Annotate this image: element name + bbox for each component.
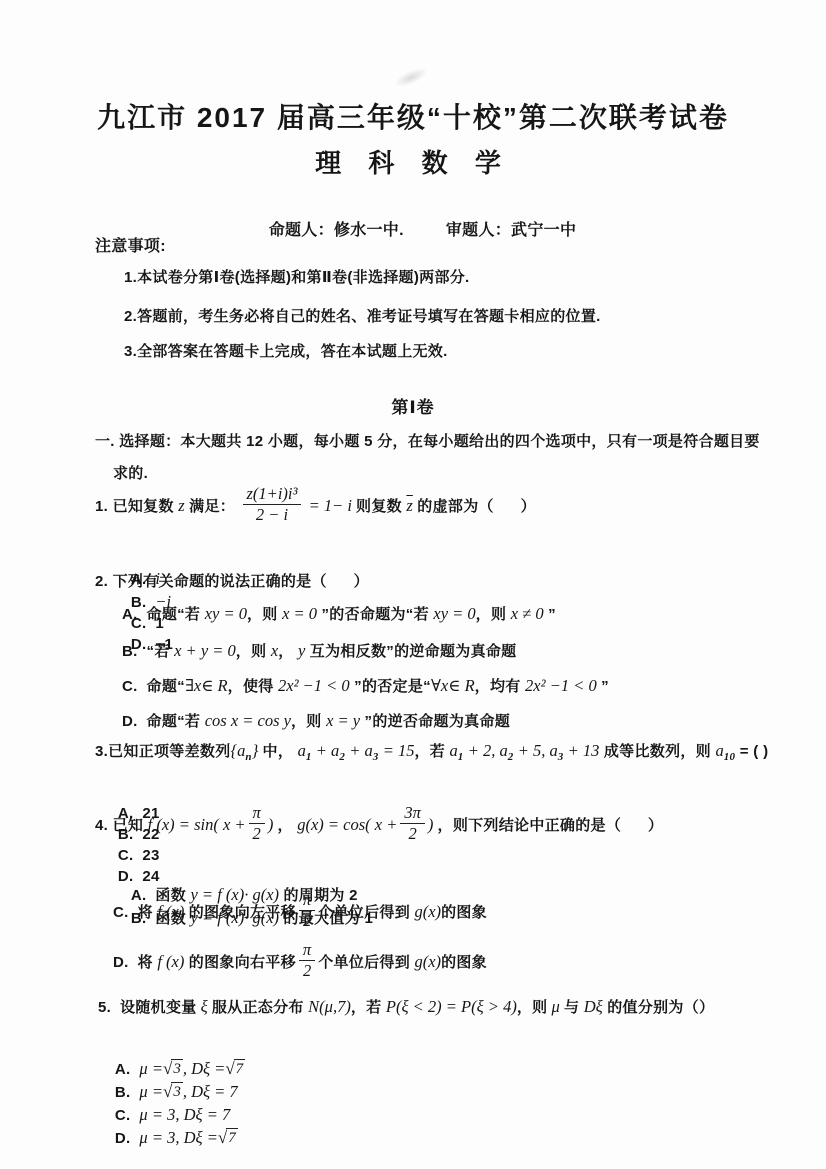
text-segment: B. bbox=[115, 1084, 140, 1101]
text-segment: ，则 bbox=[476, 606, 511, 623]
math-segment: + 13 bbox=[564, 741, 600, 760]
notice-item-2: 2.答题前，考生务必将自己的姓名、准考证号填写在答题卡相应的位置. bbox=[124, 306, 601, 327]
text-segment: D. bbox=[115, 1130, 140, 1147]
notice-heading: 注意事项: bbox=[95, 236, 166, 258]
text-segment: ，若 bbox=[414, 743, 449, 760]
math-segment: + a bbox=[312, 741, 340, 760]
math-segment: x ≠ 0 bbox=[511, 604, 544, 623]
text-segment: C. 命题“ bbox=[122, 678, 185, 695]
text-segment: 中， bbox=[263, 743, 298, 760]
exam-page: 九江市 2017 届高三年级“十校”第二次联考试卷 理 科 数 学 命题人：修水… bbox=[0, 0, 826, 1169]
q5-option-c: C. μ = 3, Dξ = 7 bbox=[115, 1103, 243, 1126]
math-segment: μ = 3, Dξ = bbox=[139, 1128, 217, 1147]
section-title: 第Ⅰ卷 bbox=[0, 396, 826, 420]
math-segment: cos x = cos y bbox=[205, 711, 291, 730]
math-segment: = 1− i bbox=[304, 496, 356, 515]
q5-option-a: A. μ =√3, Dξ =√7 bbox=[115, 1057, 280, 1080]
math-segment: g(x) = cos( x + bbox=[297, 815, 397, 834]
math-segment: } bbox=[252, 741, 263, 760]
math-segment: ) bbox=[428, 815, 438, 834]
text-segment: ”的逆否命题为真命题 bbox=[360, 713, 510, 730]
text-segment: ， bbox=[278, 643, 298, 660]
math-segment: g(x) bbox=[414, 952, 441, 971]
math-segment: + 5, a bbox=[514, 741, 558, 760]
text-segment: 的虚部为（ ） bbox=[413, 498, 536, 515]
math-segment: f (x) bbox=[157, 902, 184, 921]
question-1-stem: 1. 已知复数 z 满足： z(1+i)i³2 − i = 1− i 则复数 z… bbox=[95, 487, 536, 527]
notice-item-1: 1.本试卷分第Ⅰ卷(选择题)和第Ⅱ卷(非选择题)两部分. bbox=[124, 267, 470, 288]
text-segment: D. 命题“若 bbox=[122, 713, 205, 730]
sqrt-expression: √7 bbox=[218, 1128, 238, 1148]
text-segment: 满足： bbox=[185, 498, 240, 515]
text-segment: 个单位后得到 bbox=[318, 954, 414, 971]
q5-option-d: D. μ = 3, Dξ =√7 bbox=[115, 1126, 238, 1149]
math-segment: N(μ,7) bbox=[308, 997, 351, 1016]
math-segment: xy = 0 bbox=[433, 604, 475, 623]
text-segment: 成等比数列，则 bbox=[599, 743, 715, 760]
text-segment: 个单位后得到 bbox=[318, 904, 414, 921]
math-segment: + a bbox=[345, 741, 373, 760]
text-segment: ，若 bbox=[351, 999, 386, 1016]
math-segment: μ = bbox=[139, 1082, 163, 1101]
fraction: π2 bbox=[299, 941, 315, 981]
subject-title: 理 科 数 学 bbox=[0, 145, 826, 181]
math-segment: , Dξ = 7 bbox=[183, 1082, 238, 1101]
math-segment: ξ bbox=[197, 997, 212, 1016]
text-segment: A. 命题“若 bbox=[122, 606, 205, 623]
reviewer-label: 审题人：武宁一中 bbox=[446, 222, 576, 239]
fraction: π2 bbox=[249, 804, 265, 844]
math-segment: x = 0 bbox=[282, 604, 317, 623]
text-segment: D. 将 bbox=[113, 954, 157, 971]
math-segment: ) bbox=[268, 815, 278, 834]
math-segment: x + y = 0 bbox=[174, 641, 236, 660]
text-segment: 的图象 bbox=[441, 954, 487, 971]
text-segment: 则复数 bbox=[356, 498, 406, 515]
question-5-stem: 5. 设随机变量 ξ 服从正态分布 N(μ,7)，若 P(ξ < 2) = P(… bbox=[98, 995, 714, 1018]
text-segment: 4. 已知 bbox=[95, 817, 148, 834]
setter-label: 命题人：修水一中. bbox=[269, 222, 404, 239]
text-segment: C. bbox=[115, 1107, 140, 1124]
math-segment: a bbox=[715, 741, 723, 760]
fraction: 3π2 bbox=[400, 804, 425, 844]
scan-artifact bbox=[392, 64, 430, 91]
q2-option-c: C. 命题“∃x∈ R，使得 2x² −1 < 0 ”的否定是“∀x∈ R，均有… bbox=[122, 674, 609, 697]
text-segment: ”的否命题为“若 bbox=[317, 606, 433, 623]
math-segment: xy = 0 bbox=[205, 604, 247, 623]
text-segment: ”的否定是“ bbox=[350, 678, 431, 695]
notice-item-3: 3.全部答案在答题卡上完成，答在本试题上无效. bbox=[124, 341, 448, 362]
text-segment: C. 将 bbox=[113, 904, 157, 921]
math-segment: P(ξ < 2) = P(ξ > 4) bbox=[386, 997, 517, 1016]
text-segment: A. bbox=[115, 1061, 140, 1078]
math-segment: a bbox=[298, 741, 306, 760]
sqrt-expression: √3 bbox=[163, 1082, 183, 1102]
text-segment: ，则 bbox=[291, 713, 326, 730]
text-segment: = ( ) bbox=[735, 743, 768, 760]
q2-option-b: B. “若 x + y = 0，则 x， y 互为相反数”的逆命题为真命题 bbox=[122, 639, 516, 662]
text-segment: ” bbox=[544, 606, 556, 623]
math-segment: ∀x∈ R bbox=[431, 676, 475, 695]
math-segment: μ = bbox=[139, 1059, 163, 1078]
math-segment: ∃x∈ R bbox=[185, 676, 228, 695]
question-5-options: A. μ =√3, Dξ =√7 B. μ =√3, Dξ = 7 C. μ =… bbox=[97, 1036, 285, 1169]
math-segment: μ = 3, Dξ = 7 bbox=[139, 1105, 230, 1124]
text-segment: ，则下列结论中正确的是（ ） bbox=[438, 817, 664, 834]
math-segment: , Dξ = bbox=[183, 1059, 226, 1078]
text-segment: 服从正态分布 bbox=[212, 999, 308, 1016]
text-segment: 2. 下列有关命题的说法正确的是（ ） bbox=[95, 573, 369, 590]
page-title: 九江市 2017 届高三年级“十校”第二次联考试卷 bbox=[0, 98, 826, 137]
question-4-stem: 4. 已知 f (x) = sin( x +π2) ， g(x) = cos( … bbox=[95, 806, 663, 846]
text-segment: ” bbox=[597, 678, 609, 695]
q4-option-c: C. 将 f (x) 的图象向左平移π2个单位后得到 g(x)的图象 bbox=[113, 893, 487, 933]
math-segment: g(x) bbox=[414, 902, 441, 921]
q2-option-a: A. 命题“若 xy = 0，则 x = 0 ”的否命题为“若 xy = 0，则… bbox=[122, 602, 556, 625]
math-segment: + 2, a bbox=[464, 741, 508, 760]
text-segment: ，均有 bbox=[475, 678, 525, 695]
math-segment: f (x) bbox=[157, 952, 184, 971]
math-segment: = 15 bbox=[379, 741, 415, 760]
question-3-stem: 3.已知正项等差数列{an} 中， a1 + a2 + a3 = 15，若 a1… bbox=[95, 739, 768, 765]
fraction: z(1+i)i³2 − i bbox=[243, 485, 302, 525]
section-instructions-line2: 求的. bbox=[113, 463, 148, 484]
text-segment: 的图象 bbox=[441, 904, 487, 921]
text-segment: ，则 bbox=[247, 606, 282, 623]
text-segment: 1. 已知复数 bbox=[95, 498, 178, 515]
math-segment: {a bbox=[231, 741, 246, 760]
q4-option-d: D. 将 f (x) 的图象向右平移π2个单位后得到 g(x)的图象 bbox=[113, 943, 487, 983]
text-segment: 互为相反数”的逆命题为真命题 bbox=[305, 643, 516, 660]
math-segment: x = y bbox=[326, 711, 360, 730]
fraction: π2 bbox=[299, 891, 315, 931]
text-segment: 5. 设随机变量 bbox=[98, 999, 197, 1016]
math-segment: μ bbox=[547, 997, 564, 1016]
text-segment: 3.已知正项等差数列 bbox=[95, 743, 231, 760]
text-segment: ，则 bbox=[517, 999, 548, 1016]
subscript: 10 bbox=[724, 751, 736, 763]
q2-option-d: D. 命题“若 cos x = cos y，则 x = y ”的逆否命题为真命题 bbox=[122, 709, 510, 732]
math-segment: 2x² −1 < 0 bbox=[278, 676, 350, 695]
text-segment: ，使得 bbox=[228, 678, 278, 695]
sqrt-expression: √3 bbox=[163, 1059, 183, 1079]
section-instructions-line1: 一. 选择题：本大题共 12 小题，每小题 5 分，在每小题给出的四个选项中，只… bbox=[95, 431, 760, 452]
math-segment: a bbox=[450, 741, 458, 760]
text-segment: 的图象向左平移 bbox=[184, 904, 296, 921]
text-segment: B. “若 bbox=[122, 643, 174, 660]
text-segment: 的图象向右平移 bbox=[184, 954, 296, 971]
sqrt-expression: √7 bbox=[225, 1059, 245, 1079]
q5-option-b: B. μ =√3, Dξ = 7 bbox=[115, 1080, 285, 1103]
text-segment: 与 bbox=[564, 999, 584, 1016]
math-segment: f (x) = sin( x + bbox=[148, 815, 246, 834]
text-segment: 的值分别为（） bbox=[603, 999, 715, 1016]
text-segment: ， bbox=[277, 817, 297, 834]
text-segment: ，则 bbox=[236, 643, 271, 660]
question-2-stem: 2. 下列有关命题的说法正确的是（ ） bbox=[95, 571, 369, 592]
math-segment: Dξ bbox=[584, 997, 603, 1016]
math-segment: 2x² −1 < 0 bbox=[525, 676, 597, 695]
